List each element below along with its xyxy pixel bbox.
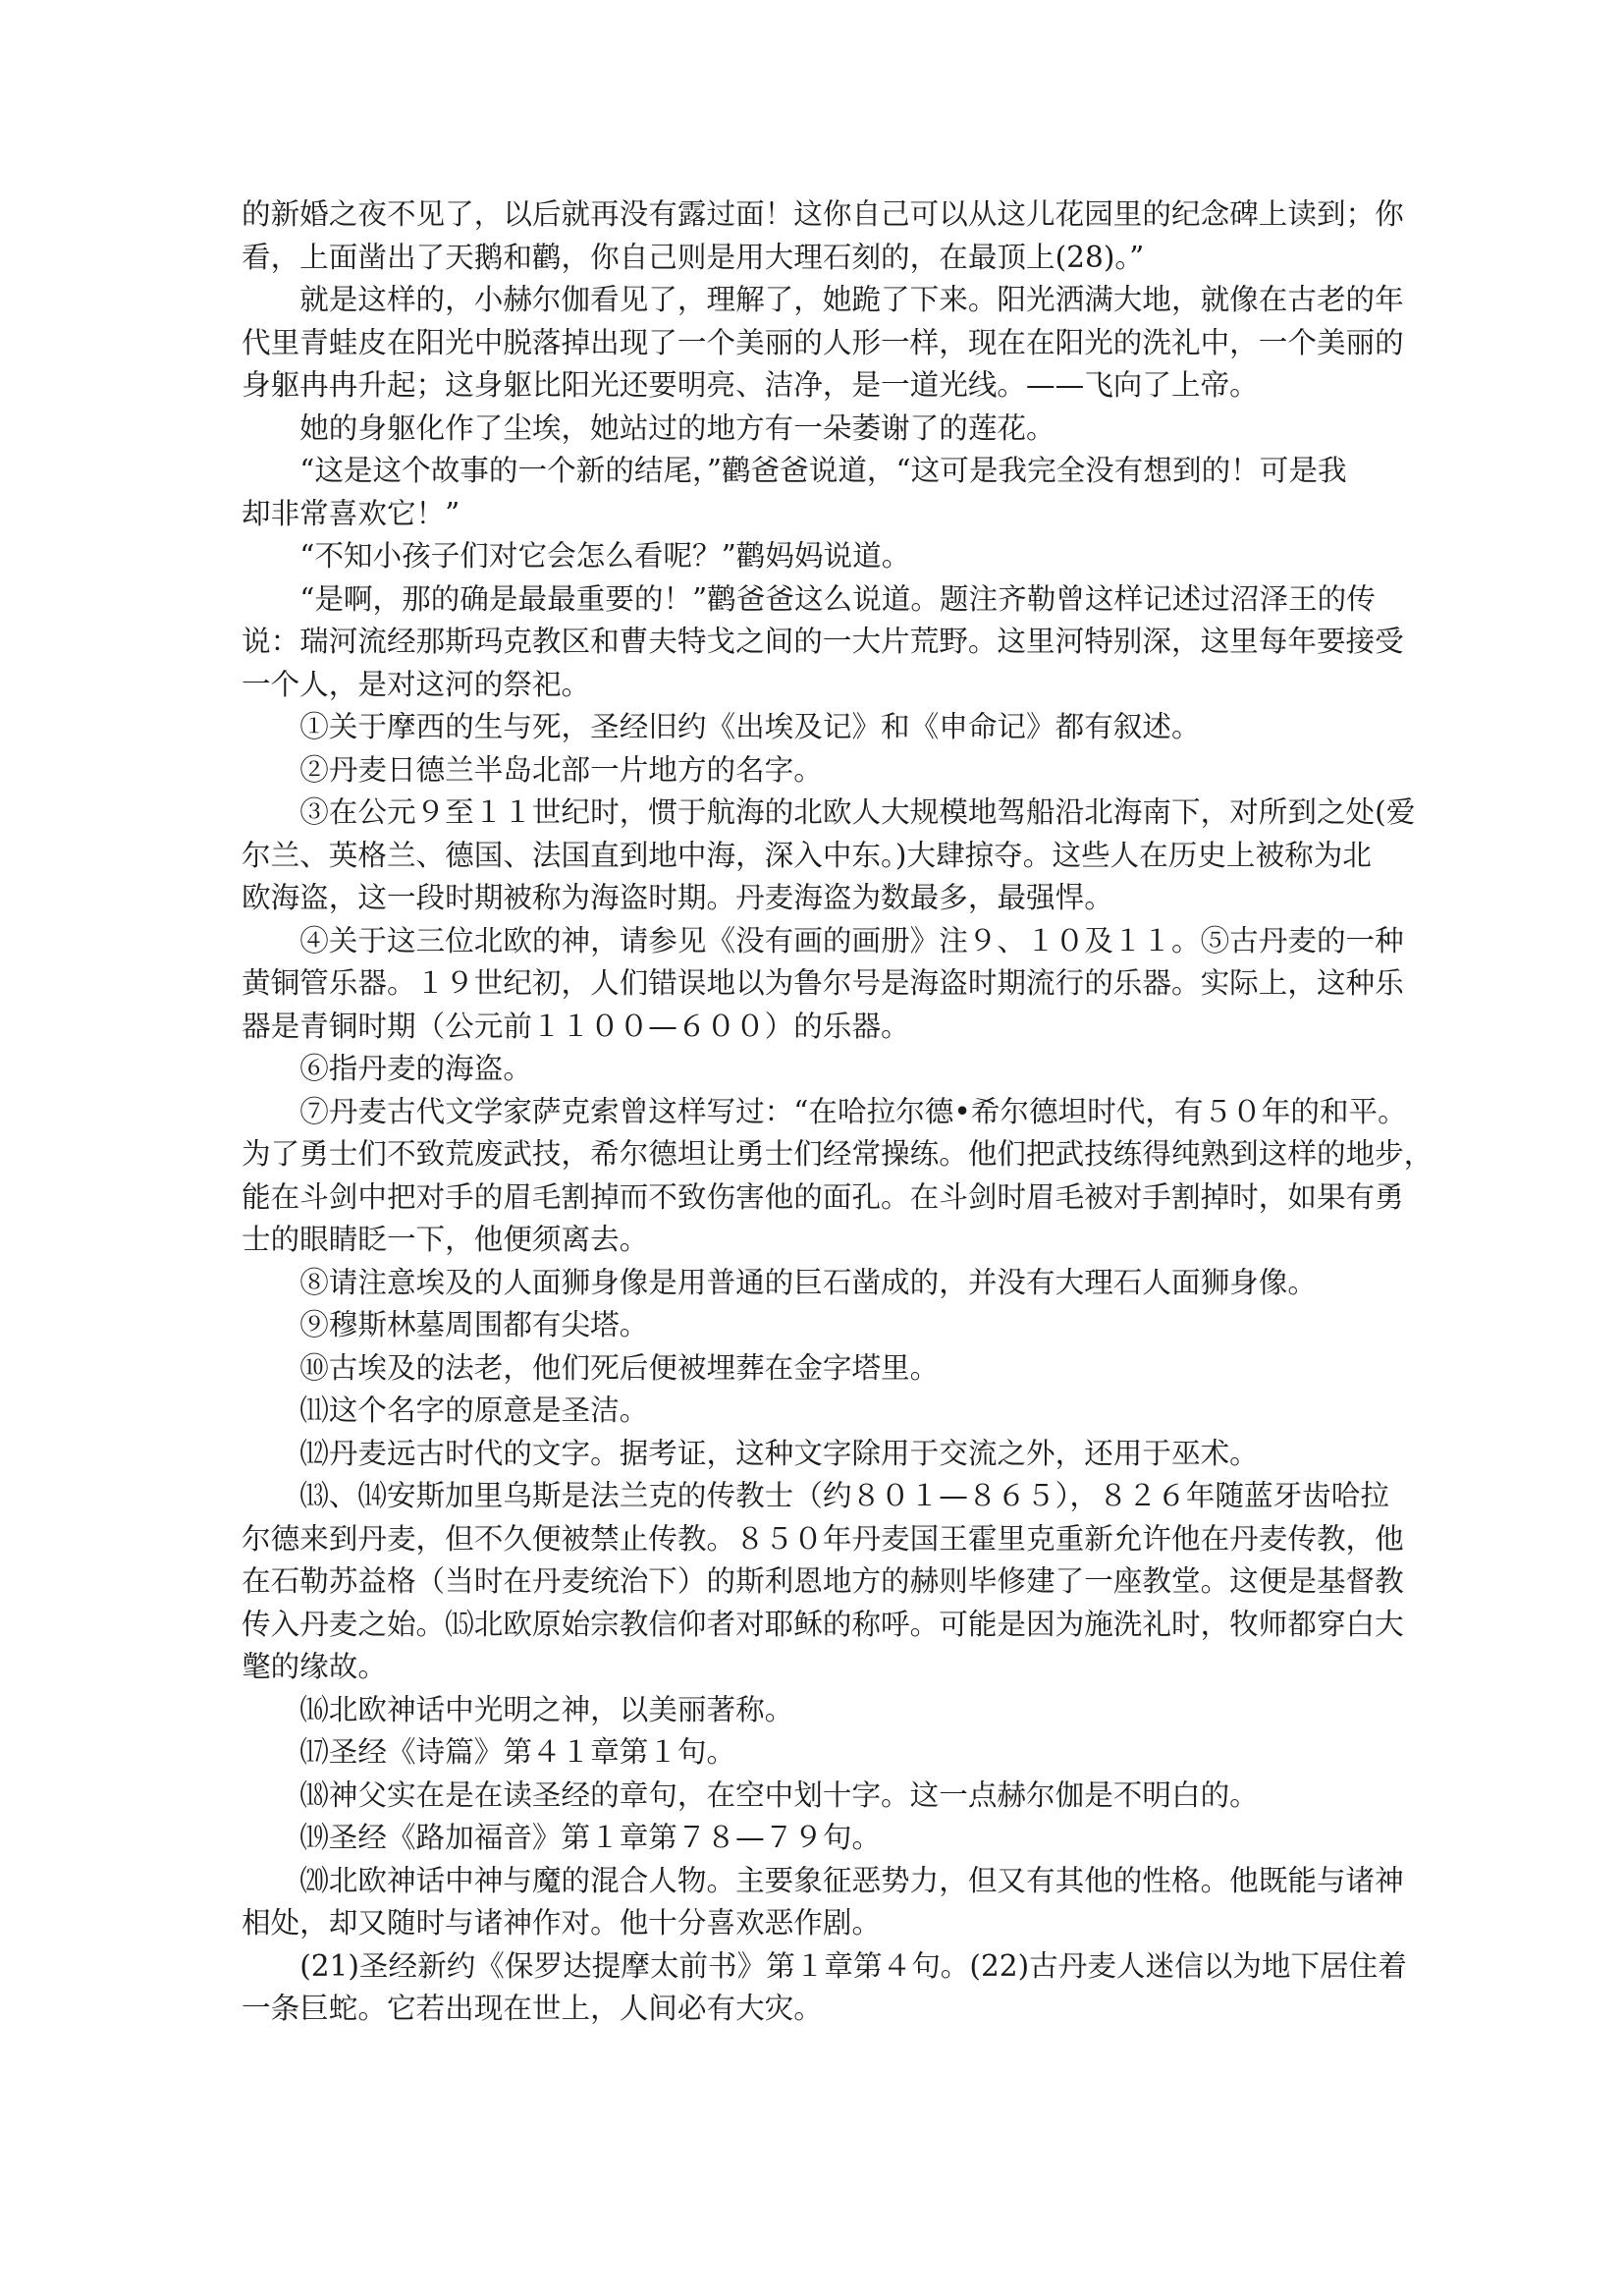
text-line: (21)圣经新约《保罗达提摩太前书》第１章第４句。(22)古丹麦人迷信以为地下居… (242, 1945, 1412, 1989)
text-line: 能在斗剑中把对手的眉毛割掉而不致伤害他的面孔。在斗剑时眉毛被对手割掉时，如果有勇 (242, 1176, 1412, 1220)
text-line: ⑩古埃及的法老，他们死后便被埋葬在金字塔里。 (242, 1347, 1412, 1391)
text-line: ⑿丹麦远古时代的文字。据考证，这种文字除用于交流之外，还用于巫术。 (242, 1433, 1412, 1476)
text-line: 黄铜管乐器。１９世纪初，人们错误地以为鲁尔号是海盗时期流行的乐器。实际上，这种乐 (242, 962, 1412, 1006)
document-page: 的新婚之夜不见了，以后就再没有露过面！这你自己可以从这儿花园里的纪念碑上读到；你… (0, 0, 1623, 2296)
text-line: ①关于摩西的生与死，圣经旧约《出埃及记》和《申命记》都有叙述。 (242, 706, 1412, 749)
text-line: 一条巨蛇。它若出现在世上，人间必有大灾。 (242, 1988, 1412, 2031)
text-line: ⒇北欧神话中神与魔的混合人物。主要象征恶势力，但又有其他的性格。他既能与诸神 (242, 1860, 1412, 1903)
text-line: 一个人，是对这河的祭祀。 (242, 664, 1412, 707)
text-line: ④关于这三位北欧的神，请参见《没有画的画册》注９、１０及１１。⑤古丹麦的一种 (242, 920, 1412, 963)
text-line: ⑧请注意埃及的人面狮身像是用普通的巨石凿成的，并没有大理石人面狮身像。 (242, 1262, 1412, 1305)
text-line: ⑦丹麦古代文学家萨克索曾这样写过：“在哈拉尔德•希尔德坦时代，有５０年的和平。 (242, 1091, 1412, 1134)
text-line: ⒄圣经《诗篇》第４１章第１句。 (242, 1731, 1412, 1775)
text-line: 的新婚之夜不见了，以后就再没有露过面！这你自己可以从这儿花园里的纪念碑上读到；你 (242, 193, 1412, 237)
text-line: “不知小孩子们对它会怎么看呢？”鹳妈妈说道。 (242, 535, 1412, 578)
text-line: 说：瑞河流经那斯玛克教区和曹夫特戈之间的一大片荒野。这里河特别深，这里每年要接受 (242, 621, 1412, 664)
text-line: ②丹麦日德兰半岛北部一片地方的名字。 (242, 749, 1412, 793)
text-line: 尔兰、英格兰、德国、法国直到地中海，深入中东。)大肆掠夺。这些人在历史上被称为北 (242, 835, 1412, 878)
text-line: ⑾这个名字的原意是圣洁。 (242, 1390, 1412, 1433)
text-line: “这是这个故事的一个新的结尾，”鹳爸爸说道，“这可是我完全没有想到的！可是我 (242, 450, 1412, 493)
text-line: ⒃北欧神话中光明之神，以美丽著称。 (242, 1689, 1412, 1732)
text-line: ⑨穆斯林墓周围都有尖塔。 (242, 1304, 1412, 1347)
text-line: 相处，却又随时与诸神作对。他十分喜欢恶作剧。 (242, 1902, 1412, 1945)
text-line: 氅的缘故。 (242, 1646, 1412, 1689)
text-line: “是啊，那的确是最最重要的！”鹳爸爸这么说道。题注齐勒曾这样记述过沼泽王的传 (242, 578, 1412, 622)
text-line: 身躯冉冉升起；这身躯比阳光还要明亮、洁净，是一道光线。——飞向了上帝。 (242, 364, 1412, 408)
text-line: 在石勒苏益格（当时在丹麦统治下）的斯利恩地方的赫则毕修建了一座教堂。这便是基督教 (242, 1560, 1412, 1604)
text-line: 欧海盗，这一段时期被称为海盗时期。丹麦海盗为数最多，最强悍。 (242, 877, 1412, 920)
text-line: 器是青铜时期（公元前１１００—６００）的乐器。 (242, 1006, 1412, 1049)
text-line: ⒆圣经《路加福音》第１章第７８—７９句。 (242, 1817, 1412, 1860)
text-line: ⑥指丹麦的海盗。 (242, 1048, 1412, 1091)
text-line: 却非常喜欢它！” (242, 493, 1412, 536)
text-line: 就是这样的，小赫尔伽看见了，理解了，她跪了下来。阳光洒满大地，就像在古老的年 (242, 279, 1412, 322)
text-line: 传入丹麦之始。⒂北欧原始宗教信仰者对耶稣的称呼。可能是因为施洗礼时，牧师都穿白大 (242, 1604, 1412, 1647)
text-line: ⒀、⒁安斯加里乌斯是法兰克的传教士（约８０１—８６５），８２６年随蓝牙齿哈拉 (242, 1475, 1412, 1518)
text-line: 她的身躯化作了尘埃，她站过的地方有一朵萎谢了的莲花。 (242, 408, 1412, 451)
text-line: 为了勇士们不致荒废武技，希尔德坦让勇士们经常操练。他们把武技练得纯熟到这样的地步… (242, 1133, 1412, 1176)
text-line: ③在公元９至１１世纪时，惯于航海的北欧人大规模地驾船沿北海南下，对所到之处(爱 (242, 792, 1412, 835)
text-line: 士的眼睛眨一下，他便须离去。 (242, 1219, 1412, 1262)
text-line: 看，上面凿出了天鹅和鹳，你自己则是用大理石刻的，在最顶上(28)。” (242, 237, 1412, 280)
text-line: 尔德来到丹麦，但不久便被禁止传教。８５０年丹麦国王霍里克重新允许他在丹麦传教，他 (242, 1518, 1412, 1561)
text-line: ⒅神父实在是在读圣经的章句，在空中划十字。这一点赫尔伽是不明白的。 (242, 1775, 1412, 1818)
document-text-block: 的新婚之夜不见了，以后就再没有露过面！这你自己可以从这儿花园里的纪念碑上读到；你… (242, 193, 1412, 2031)
text-line: 代里青蛙皮在阳光中脱落掉出现了一个美丽的人形一样，现在在阳光的洗礼中，一个美丽的 (242, 322, 1412, 365)
